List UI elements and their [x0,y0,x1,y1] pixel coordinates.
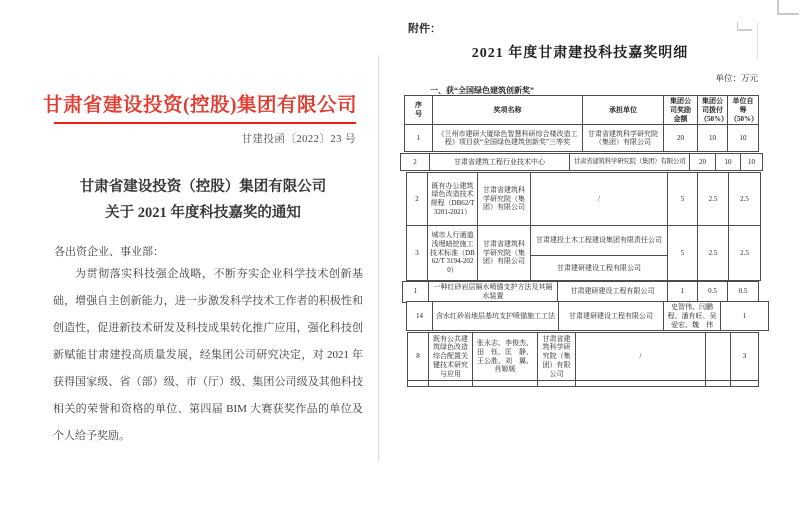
standards-table: 2 既有办公建筑绿色改造技术规程（DB62/T 3201-2021） 甘肃省建筑… [406,172,761,281]
cell-amount: 20 [664,125,698,152]
cell-unit: 甘肃省建筑科学研究院（集团）有限公司 [478,173,531,226]
cell-paid: 2.5 [698,226,729,281]
header-no: 序 号 [405,96,433,125]
tech-center-table: 2 甘肃省建筑工程行业技术中心 甘肃省建筑科学研究院（集团）有限公司 20 10… [400,153,763,171]
cell-self: 10 [741,154,763,171]
cell-paid: 0.5 [698,282,728,303]
award-table: 序 号 奖项名称 承担单位 集团公 司奖励 金额 集团公 司拨付 （50%） 单… [404,95,759,152]
header-group-paid: 集团公 司拨付 （50%） [698,96,728,125]
attachment-title: 2021 年度甘肃建投科技嘉奖明细 [400,42,760,62]
document-number: 甘建投函〔2022〕23 号 [38,131,356,146]
cell-amount: 5 [668,226,698,281]
table-row: 14 含水红砂岩地层基坑支护喷锚施工工法 甘肃建研建设工程有限公司 史智伟、闫鹏… [407,302,769,331]
cell-amount: 5 [668,173,698,226]
unit-note: 单位：万元 [620,72,758,84]
cell-project-name: 既有公共建筑绿色改造综合配置关键技术研究与应用 [429,333,473,381]
cell-no: 3 [407,226,428,281]
cell-amount: 1 [721,302,769,331]
method-table: 14 含水红砂岩地层基坑支护喷锚施工工法 甘肃建研建设工程有限公司 史智伟、闫鹏… [406,301,769,331]
table-row: 2 既有办公建筑绿色改造技术规程（DB62/T 3201-2021） 甘肃省建筑… [407,173,761,226]
cell-self: 2.5 [729,173,761,226]
cell-no: 1 [403,282,429,303]
notice-title: 甘肃省建设投资（控股）集团有限公司 关于 2021 年度科技嘉奖的通知 [36,174,370,226]
attachment-label: 附件： [408,20,441,36]
table-row: 8 既有公共建筑绿色改造综合配置关键技术研究与应用 张永志、李俊杰、田 钰、匡 … [408,333,759,381]
letterhead-title: 甘肃省建设投资(控股)集团有限公司 [30,89,370,117]
cell-unit: 甘肃省建筑科学研究院（集团）有限公司 [538,333,576,381]
cell-award-name: 甘肃省建筑工程行业技术中心 [430,154,570,171]
patent-table: 1 一种红砂岩层隔水喷锚支护方法及其隔水装置 甘肃建研建设工程有限公司 1 0.… [402,281,759,303]
notice-title-line2: 关于 2021 年度科技嘉奖的通知 [36,200,370,226]
cell-people: 史智伟、闫鹏程、潘有旺、吴爱宏、魏 伟 [664,302,721,331]
salutation: 各出资企业、事业部： [54,243,164,259]
header-group-award-amount: 集团公 司奖励 金额 [664,96,698,125]
cell-partner: / [531,173,668,226]
research-table: 8 既有公共建筑绿色改造综合配置关键技术研究与应用 张永志、李俊杰、田 钰、匡 … [407,332,759,387]
notice-body: 为贯彻落实科技强企战略，不断夯实企业科学技术创新基础，增强自主创新能力，进一步激… [53,261,363,450]
cell-no: 1 [405,125,433,152]
cell-no: 14 [407,302,433,331]
cell-no: 8 [408,333,429,381]
cell-unit: 甘肃建研建设工程有限公司 [558,282,668,303]
cell-partner: / [576,333,706,381]
notice-title-line1: 甘肃省建设投资（控股）集团有限公司 [36,174,370,200]
table-row: 1 《兰州市建研大厦绿色智慧科研综合楼改造工程》项目获“全国绿色建筑创新奖”三等… [405,125,759,152]
table-row: 3 城市人行通道浅埋暗挖施工技术标准（DB62/T 3194-2020） 甘肃省… [407,226,761,256]
cell-patent-name: 一种红砂岩层隔水喷锚支护方法及其隔水装置 [429,282,558,303]
cell-paid: 10 [698,125,728,152]
cell-partner-top: 甘肃建投土木工程建设集团有限责任公司 [531,226,668,256]
document-viewer: 甘肃省建设投资(控股)集团有限公司 甘建投函〔2022〕23 号 甘肃省建设投资… [0,0,800,515]
cell-standard-name: 城市人行通道浅埋暗挖施工技术标准（DB62/T 3194-2020） [428,226,478,281]
cell-unit: 甘肃省建筑科学研究院（集团）有限公司 [478,226,531,281]
page-divider-line [378,55,379,462]
cell-blank [706,333,731,381]
cell-no: 2 [401,154,430,171]
table-row: 2 甘肃省建筑工程行业技术中心 甘肃省建筑科学研究院（集团）有限公司 20 10… [401,154,763,171]
header-self-raised: 单位自 筹 （50%） [728,96,759,125]
cell-self: 0.5 [728,282,759,303]
cell-award-name: 《兰州市建研大厦绿色智慧科研综合楼改造工程》项目获“全国绿色建筑创新奖”三等奖 [433,125,583,152]
award-table-header-row: 序 号 奖项名称 承担单位 集团公 司奖励 金额 集团公 司拨付 （50%） 单… [405,96,759,125]
cell-unit: 甘肃省建筑科学研究院（集团）有限公司 [570,154,690,171]
cell-amount: 1 [668,282,698,303]
cell-unit: 甘肃省建筑科学研究院（集团）有限公司 [583,125,664,152]
cell-partner-bottom: 甘肃建研建设工程有限公司 [531,256,668,281]
cell-people: 张永志、李俊杰、田 钰、匡 静、王公胜、刘 翼、肖姬媛 [473,333,538,381]
cell-method-name: 含水红砂岩地层基坑支护喷锚施工工法 [433,302,559,331]
cell-amount: 20 [690,154,716,171]
margin-corner-mark [737,22,752,31]
cell-unit: 甘肃建研建设工程有限公司 [559,302,664,331]
page-corner-mark [777,0,799,15]
letterhead-rule [54,122,356,124]
cell-no: 2 [407,173,428,226]
cell-standard-name: 既有办公建筑绿色改造技术规程（DB62/T 3201-2021） [428,173,478,226]
cell-self: 2.5 [729,226,761,281]
header-undertaking-unit: 承担单位 [583,96,664,125]
cell-paid: 2.5 [698,173,729,226]
header-award-name: 奖项名称 [433,96,583,125]
cell-paid: 10 [716,154,741,171]
table-row: 1 一种红砂岩层隔水喷锚支护方法及其隔水装置 甘肃建研建设工程有限公司 1 0.… [403,282,759,303]
partial-row [408,381,759,387]
cell-self: 10 [728,125,759,152]
cell-amount: 3 [731,333,759,381]
